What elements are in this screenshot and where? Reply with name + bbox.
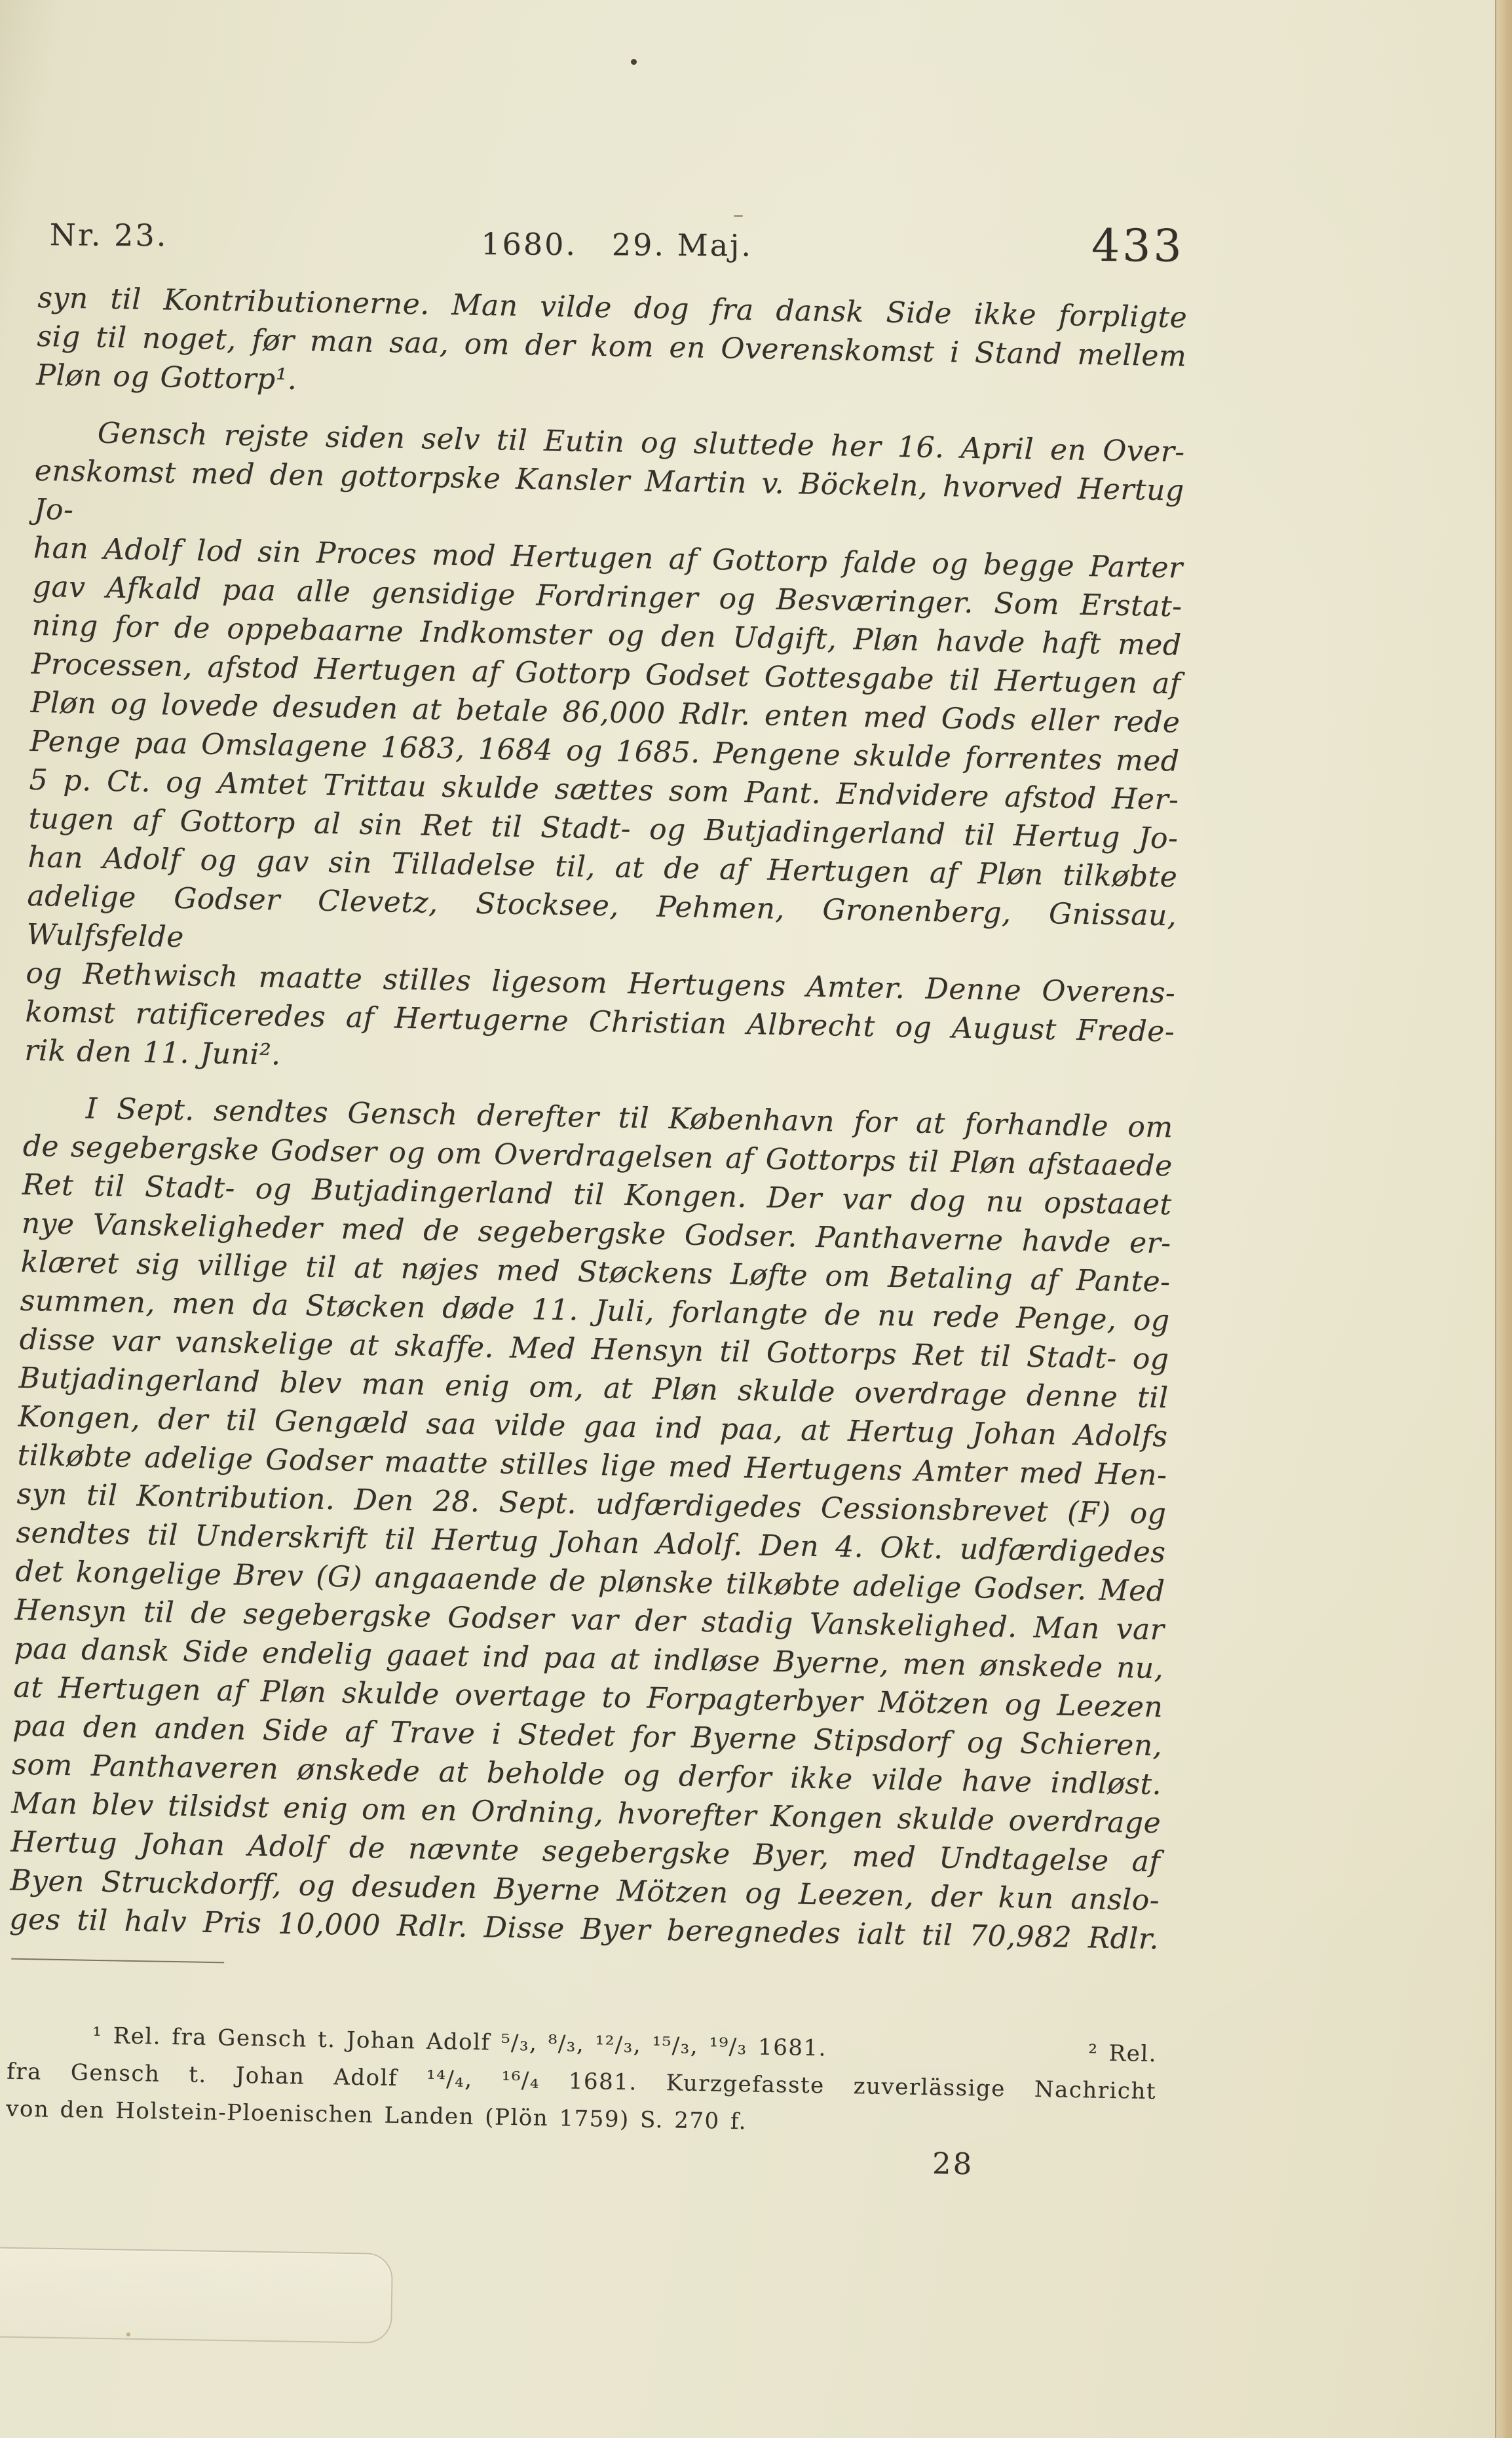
footnote-2-start: ² Rel. [1088,2034,1158,2073]
page-edge-strip [1495,0,1512,2438]
footnote-rule [11,1958,224,1964]
date-heading: 1680. 29. Maj. [398,225,835,263]
paragraph: I Sept. sendtes Gensch derefter til Købe… [9,1088,1173,1958]
footnote: ¹ Rel. fra Gensch t. Johan Adolf ⁵/₃, ⁸/… [6,2016,1158,2148]
paragraph: Gensch rejste siden selv til Eutin og sl… [24,413,1185,1090]
scanned-book-page: Nr. 23. 1680. 29. Maj. 433 syn til Kontr… [0,0,1512,2438]
body-text: syn til Kontributionerne. Man vilde dog … [9,278,1188,1958]
embossed-stamp-impression [0,2247,393,2344]
paragraph: syn til Kontributionerne. Man vilde dog … [36,278,1188,415]
rust-speck [126,2333,130,2336]
page-header: Nr. 23. 1680. 29. Maj. 433 [38,204,1184,263]
ink-speck [631,59,637,65]
document-number: Nr. 23. [38,217,399,254]
page-number: 433 [835,218,1184,272]
ink-smudge [734,215,743,217]
text-block: syn til Kontributionerne. Man vilde dog … [5,278,1188,2186]
